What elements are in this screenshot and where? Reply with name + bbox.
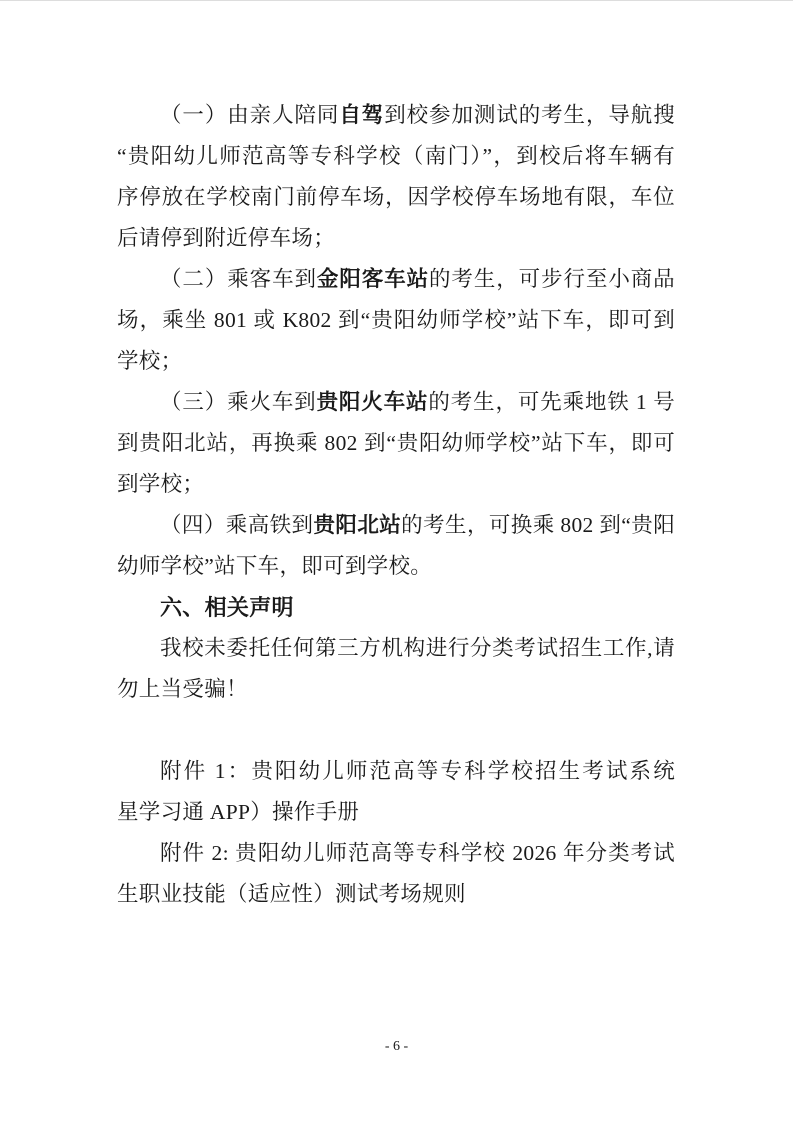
text-run: 场，乘坐 801 或 K802 到“贵阳幼师学校”站下车，即可到 <box>117 308 675 332</box>
text-run: （三）乘火车到 <box>160 390 317 414</box>
text-line: “贵阳幼儿师范高等专科学校（南门）”，到校后将车辆有 <box>117 136 675 177</box>
text-line: 生职业技能（适应性）测试考场规则 <box>117 874 675 915</box>
text-run: 生职业技能（适应性）测试考场规则 <box>117 882 466 906</box>
text-run: 的考生，可换乘 802 到“贵阳 <box>401 513 675 537</box>
text-run: （四）乘高铁到 <box>160 513 313 537</box>
text-line: 场，乘坐 801 或 K802 到“贵阳幼师学校”站下车，即可到 <box>117 300 675 341</box>
text-line: 到贵阳北站，再换乘 802 到“贵阳幼师学校”站下车，即可 <box>117 423 675 464</box>
heading-statement: 六、相关声明 <box>117 587 675 628</box>
text-line: 幼师学校”站下车，即可到学校。 <box>117 546 675 587</box>
text-run: 到贵阳北站，再换乘 802 到“贵阳幼师学校”站下车，即可 <box>117 431 675 455</box>
bold-run: 贵阳北站 <box>313 513 401 537</box>
text-line: 学校； <box>117 341 675 382</box>
text-run: （一）由亲人陪同 <box>160 103 339 127</box>
bold-run: 贵阳火车站 <box>317 390 429 414</box>
text-line: （四）乘高铁到贵阳北站的考生，可换乘 802 到“贵阳 <box>117 505 675 546</box>
text-line: （二）乘客车到金阳客车站的考生，可步行至小商品广 <box>117 259 675 300</box>
text-line: 星学习通 APP）操作手册 <box>117 792 675 833</box>
body-text: （一）由亲人陪同自驾到校参加测试的考生，导航搜索“贵阳幼儿师范高等专科学校（南门… <box>117 95 675 915</box>
text-run: 勿上当受骗！ <box>117 677 248 701</box>
text-line: 序停放在学校南门前停车场，因学校停车场地有限，车位满 <box>117 177 675 218</box>
para-attachment-2: 附件 2: 贵阳幼儿师范高等专科学校 2026 年分类考试招生职业技能（适应性）… <box>117 833 675 915</box>
text-line: （一）由亲人陪同自驾到校参加测试的考生，导航搜索 <box>117 95 675 136</box>
text-line: 六、相关声明 <box>117 587 675 628</box>
text-line: 我校未委托任何第三方机构进行分类考试招生工作,请 <box>117 628 675 669</box>
para-route-train: （三）乘火车到贵阳火车站的考生，可先乘地铁 1 号线到贵阳北站，再换乘 802 … <box>117 382 675 505</box>
text-line: 勿上当受骗！ <box>117 669 675 710</box>
text-line: （三）乘火车到贵阳火车站的考生，可先乘地铁 1 号线 <box>117 382 675 423</box>
text-line: 附件 1：贵阳幼儿师范高等专科学校招生考试系统（超 <box>117 751 675 792</box>
bold-run: 六、相关声明 <box>160 595 294 620</box>
para-attachment-1: 附件 1：贵阳幼儿师范高等专科学校招生考试系统（超星学习通 APP）操作手册 <box>117 751 675 833</box>
text-run: 后请停到附近停车场； <box>117 226 335 250</box>
text-line: 附件 2: 贵阳幼儿师范高等专科学校 2026 年分类考试招 <box>117 833 675 874</box>
text-run: （二）乘客车到 <box>160 267 317 291</box>
text-run: 到学校； <box>117 472 204 496</box>
bold-run: 金阳客车站 <box>317 267 429 291</box>
text-run: 我校未委托任何第三方机构进行分类考试招生工作,请 <box>160 636 675 660</box>
text-line: 到学校； <box>117 464 675 505</box>
bold-run: 自驾 <box>339 103 384 127</box>
text-line: 后请停到附近停车场； <box>117 218 675 259</box>
text-run: 附件 2: 贵阳幼儿师范高等专科学校 2026 年分类考试招 <box>160 841 675 874</box>
blank-line <box>117 710 675 751</box>
para-statement: 我校未委托任何第三方机构进行分类考试招生工作,请勿上当受骗！ <box>117 628 675 710</box>
text-run: 幼师学校”站下车，即可到学校。 <box>117 554 432 578</box>
text-run: 星学习通 APP）操作手册 <box>117 800 359 824</box>
para-route-drive: （一）由亲人陪同自驾到校参加测试的考生，导航搜索“贵阳幼儿师范高等专科学校（南门… <box>117 95 675 259</box>
para-route-hsr: （四）乘高铁到贵阳北站的考生，可换乘 802 到“贵阳幼师学校”站下车，即可到学… <box>117 505 675 587</box>
document-page: （一）由亲人陪同自驾到校参加测试的考生，导航搜索“贵阳幼儿师范高等专科学校（南门… <box>0 0 793 1122</box>
text-run: “贵阳幼儿师范高等专科学校（南门）”，到校后将车辆有 <box>117 144 675 168</box>
text-run: 附件 1：贵阳幼儿师范高等专科学校招生考试系统（超 <box>160 759 675 792</box>
page-number: - 6 - <box>0 1037 793 1057</box>
para-route-coach: （二）乘客车到金阳客车站的考生，可步行至小商品广场，乘坐 801 或 K802 … <box>117 259 675 382</box>
text-run: 序停放在学校南门前停车场，因学校停车场地有限，车位满 <box>117 185 675 218</box>
text-run: 学校； <box>117 349 182 373</box>
